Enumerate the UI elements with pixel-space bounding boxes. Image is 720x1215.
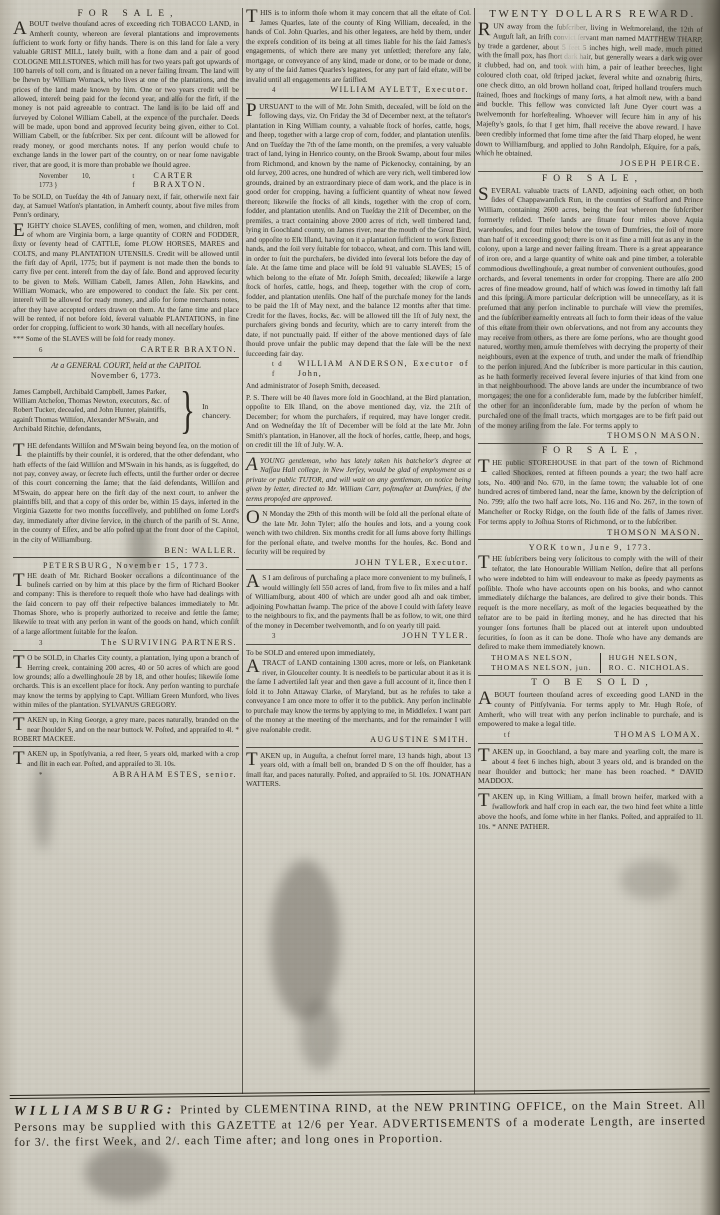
advert-paragraph: TAKEN up, in King George, a grey mare, p…: [13, 716, 239, 744]
drop-cap: T: [13, 717, 25, 732]
signature-name: THOMAS NELSON,: [491, 653, 591, 663]
advert-heading: TO BE SOLD,: [478, 679, 703, 689]
advert-separator-rule: [13, 557, 239, 558]
drop-cap: T: [478, 555, 490, 570]
advert-paragraph: ABOUT twelve thouſand acres of exceeding…: [13, 20, 239, 170]
advert-separator-rule: [13, 357, 239, 358]
signature-block: THOMSON MASON.: [478, 528, 703, 538]
advert-paragraph: PURSUANT to the will of Mr. John Smith, …: [246, 102, 471, 359]
advert-separator-rule: [246, 505, 471, 506]
signature-name: CARTER BRAXTON.: [141, 345, 237, 354]
advert-separator-rule: [13, 712, 239, 713]
signature-name-line2: And administrator of Joseph Smith, decea…: [246, 381, 380, 390]
drop-cap: A: [13, 21, 27, 36]
advert-paragraph: P. S. There will be 40 ſlaves more ſold …: [246, 393, 471, 450]
advert-separator-rule: [478, 743, 703, 744]
advert-paragraph: To be SOLD, on Tueſday the 4th of Januar…: [13, 193, 239, 221]
signature-name: HUGH NELSON,: [609, 653, 690, 663]
advert-paragraph: THE death of Mr. Richard Booker occaſion…: [13, 572, 239, 637]
signature-line: BEN: WALLER.: [13, 546, 237, 555]
signature-name: THOMSON MASON.: [607, 431, 701, 441]
signature-line: JOHN TYLER, Executor.: [246, 558, 469, 568]
signature-line: t fTHOMAS LOMAX.: [478, 730, 701, 741]
advert-paragraph: ABOUT fourteen thouſand acres of exceedi…: [478, 690, 703, 729]
insertion-mark: 3: [246, 632, 275, 642]
signature-block: *ABRAHAM ESTES, senior.: [13, 770, 239, 780]
signature-name: AUGUSTINE SMITH.: [370, 735, 469, 745]
drop-cap: T: [13, 443, 25, 458]
signature-block: THOMSON MASON.: [478, 431, 703, 441]
signature-line: November 10, 1773 }t fCARTER BRAXTON.: [13, 171, 237, 191]
signature-name: THOMAS LOMAX.: [614, 730, 701, 740]
cause-parties: James Campbell, Archibald Campbell, Jame…: [13, 388, 175, 434]
court-heading-line1: At a GENERAL COURT, held at the CAPITOL: [51, 361, 201, 370]
drop-cap: T: [246, 752, 258, 767]
drop-cap: T: [478, 793, 490, 808]
drop-cap: P: [246, 103, 257, 118]
insertion-mark: t f: [478, 731, 510, 741]
insertion-mark: 6: [13, 346, 42, 355]
advert-paragraph: To be SOLD and entered upon immediately,: [246, 648, 471, 658]
insertion-mark: t d f: [246, 360, 282, 379]
advert-paragraph: SEVERAL valuable tracts of LAND, adjoini…: [478, 186, 703, 431]
advert-separator-rule: [478, 539, 703, 540]
advert-paragraph: TAKEN up, in King William, a ſmall brown…: [478, 792, 703, 831]
newspaper-page: FOR SALE,ABOUT twelve thouſand acres of …: [0, 0, 720, 1215]
imprint-text: WILLIAMSBURG: Printed by CLEMENTINA RIND…: [10, 1096, 710, 1150]
drop-cap: T: [13, 751, 25, 766]
signature-block: 6CARTER BRAXTON.: [13, 345, 239, 355]
signature-block: BEN: WALLER.: [13, 546, 239, 555]
drop-cap: T: [478, 748, 490, 763]
drop-cap: S: [478, 187, 489, 202]
drop-cap: T: [246, 9, 258, 24]
advert-separator-rule: [246, 98, 471, 99]
middle-column: THIS is to inform thoſe whom it may conc…: [242, 8, 474, 1094]
right-column: TWENTY DOLLARS REWARD.RUN away from the …: [474, 8, 706, 1094]
court-heading-line2: November 6, 1773.: [13, 371, 239, 380]
signature-block: 4WILLIAM AYLETT, Executor.: [246, 85, 471, 96]
dateline: YORK town, June 9, 1773.: [478, 543, 703, 553]
signature-name: CARTER BRAXTON.: [153, 171, 237, 190]
signature-date: November 10, 1773 }: [13, 172, 90, 191]
advert-heading: FOR SALE,: [478, 447, 703, 457]
signature-block: November 10, 1773 }t fCARTER BRAXTON.: [13, 171, 239, 191]
brace-glyph: }: [180, 381, 195, 441]
advert-separator-rule: [13, 746, 239, 747]
signature-line: 3JOHN TYLER.: [246, 631, 469, 642]
signature-block: AUGUSTINE SMITH.: [246, 735, 471, 745]
dateline: PETERSBURG, November 15, 1773.: [13, 561, 239, 570]
court-heading: At a GENERAL COURT, held at the CAPITOLN…: [13, 361, 239, 380]
stain: [85, 1145, 170, 1200]
advert-paragraph: *** Some of the SLAVES will be ſold for …: [13, 335, 239, 344]
drop-cap: E: [13, 223, 25, 238]
drop-cap: T: [478, 459, 490, 474]
drop-cap: R: [478, 22, 491, 37]
left-column: FOR SALE,ABOUT twelve thouſand acres of …: [10, 8, 242, 1094]
insertion-mark: t f: [106, 172, 137, 191]
advert-paragraph: ON Monday the 29th of this month will be…: [246, 509, 471, 557]
advert-paragraph: RUN away from the ſubſcriber, living in …: [476, 21, 703, 162]
signature-block: t d fWILLIAM ANDERSON, Executor of John,…: [246, 359, 471, 391]
advert-separator-rule: [246, 452, 471, 453]
signature-block: JOHN TYLER, Executor.: [246, 558, 471, 568]
signature-name: The SURVIVING PARTNERS.: [101, 638, 237, 647]
signature-line: 6CARTER BRAXTON.: [13, 345, 237, 355]
signature-line: THOMSON MASON.: [478, 431, 701, 441]
advert-paragraph: TAKEN up, in Auguſta, a cheſnut ſorrel m…: [246, 751, 471, 789]
advert-paragraph: ATRACT of LAND containing 1300 acres, mo…: [246, 658, 471, 734]
advertisement-columns: FOR SALE,ABOUT twelve thouſand acres of …: [10, 8, 708, 1094]
signature-line: t d fWILLIAM ANDERSON, Executor of John,: [246, 359, 469, 379]
advert-separator-rule: [13, 650, 239, 651]
signature-right: HUGH NELSON,RO. C. NICHOLAS.: [609, 653, 690, 673]
advert-paragraph: TO be SOLD, in Charles City county, a pl…: [13, 654, 239, 710]
advert-heading: FOR SALE,: [13, 10, 239, 19]
signature-left: THOMAS NELSON,THOMAS NELSON, jun.: [491, 653, 591, 673]
advert-paragraph: THE ſubſcribers being very ſolicitous to…: [478, 554, 703, 652]
drop-cap: T: [13, 573, 25, 588]
advert-separator-rule: [478, 675, 703, 676]
signature-name: BEN: WALLER.: [164, 546, 237, 555]
insertion-mark: 4: [246, 86, 275, 96]
advert-separator-rule: [246, 747, 471, 748]
signature-name: JOHN TYLER.: [402, 631, 469, 641]
drop-cap: T: [13, 655, 25, 670]
chancery-cause: James Campbell, Archibald Campbell, Jame…: [13, 381, 239, 441]
advert-heading: TWENTY DOLLARS REWARD.: [478, 10, 703, 20]
insertion-mark: 3: [13, 639, 42, 648]
advert-separator-rule: [246, 569, 471, 570]
advert-paragraph: THE defendants Williſon and M'Swain bein…: [13, 442, 239, 545]
drop-cap: A: [478, 691, 492, 706]
advert-paragraph: TAKEN up, in Goochland, a bay mare and y…: [478, 747, 703, 786]
signature-name: WILLIAM ANDERSON, Executor of John,: [298, 359, 469, 378]
signature-line: THOMSON MASON.: [478, 528, 701, 538]
advert-paragraph: THIS is to inform thoſe whom it may conc…: [246, 8, 471, 84]
signature-line: *ABRAHAM ESTES, senior.: [13, 770, 237, 780]
signature-block: 3The SURVIVING PARTNERS.: [13, 638, 239, 648]
cause-label: In chancery.: [200, 402, 239, 421]
signature-name: ABRAHAM ESTES, senior.: [112, 770, 237, 779]
insertion-mark: *: [13, 771, 42, 780]
signature-name: THOMAS NELSON, jun.: [491, 663, 591, 673]
advert-paragraph: THE public STOREHOUSE in that part of th…: [478, 458, 703, 527]
signature-line: 4WILLIAM AYLETT, Executor.: [246, 85, 469, 96]
signature-line: AUGUSTINE SMITH.: [246, 735, 469, 745]
signature-name: RO. C. NICHOLAS.: [609, 663, 690, 673]
signature-block: 3JOHN TYLER.: [246, 631, 471, 642]
advert-paragraph: AS I am deſirous of purchaſing a place m…: [246, 573, 471, 630]
advert-heading: FOR SALE,: [478, 175, 703, 185]
signature-name: JOHN TYLER, Executor.: [355, 558, 469, 568]
advert-paragraph: EIGHTY choice SLAVES, conſiſting of men,…: [13, 222, 239, 334]
printer-imprint: WILLIAMSBURG: Printed by CLEMENTINA RIND…: [10, 1088, 711, 1150]
signature-name: WILLIAM AYLETT, Executor.: [330, 85, 469, 95]
signature-name: THOMSON MASON.: [607, 528, 701, 538]
drop-cap: A: [246, 574, 260, 589]
dual-signature-block: THOMAS NELSON,THOMAS NELSON, jun.HUGH NE…: [478, 653, 703, 673]
signature-block: t fTHOMAS LOMAX.: [478, 730, 703, 741]
drop-cap: A: [246, 659, 260, 674]
advert-separator-rule: [478, 443, 703, 444]
signature-line: 3The SURVIVING PARTNERS.: [13, 638, 237, 648]
imprint-place: WILLIAMSBURG:: [14, 1101, 176, 1118]
signature-divider: [600, 653, 601, 673]
drop-cap: A: [246, 457, 258, 472]
advert-separator-rule: [246, 644, 471, 645]
advert-separator-rule: [478, 788, 703, 789]
drop-cap: O: [246, 510, 260, 525]
advert-paragraph: AYOUNG gentleman, who has lately taken h…: [246, 456, 471, 504]
advert-separator-rule: [478, 171, 703, 172]
advert-paragraph: TAKEN up, in Spotſylvania, a red ſteer, …: [13, 750, 239, 769]
